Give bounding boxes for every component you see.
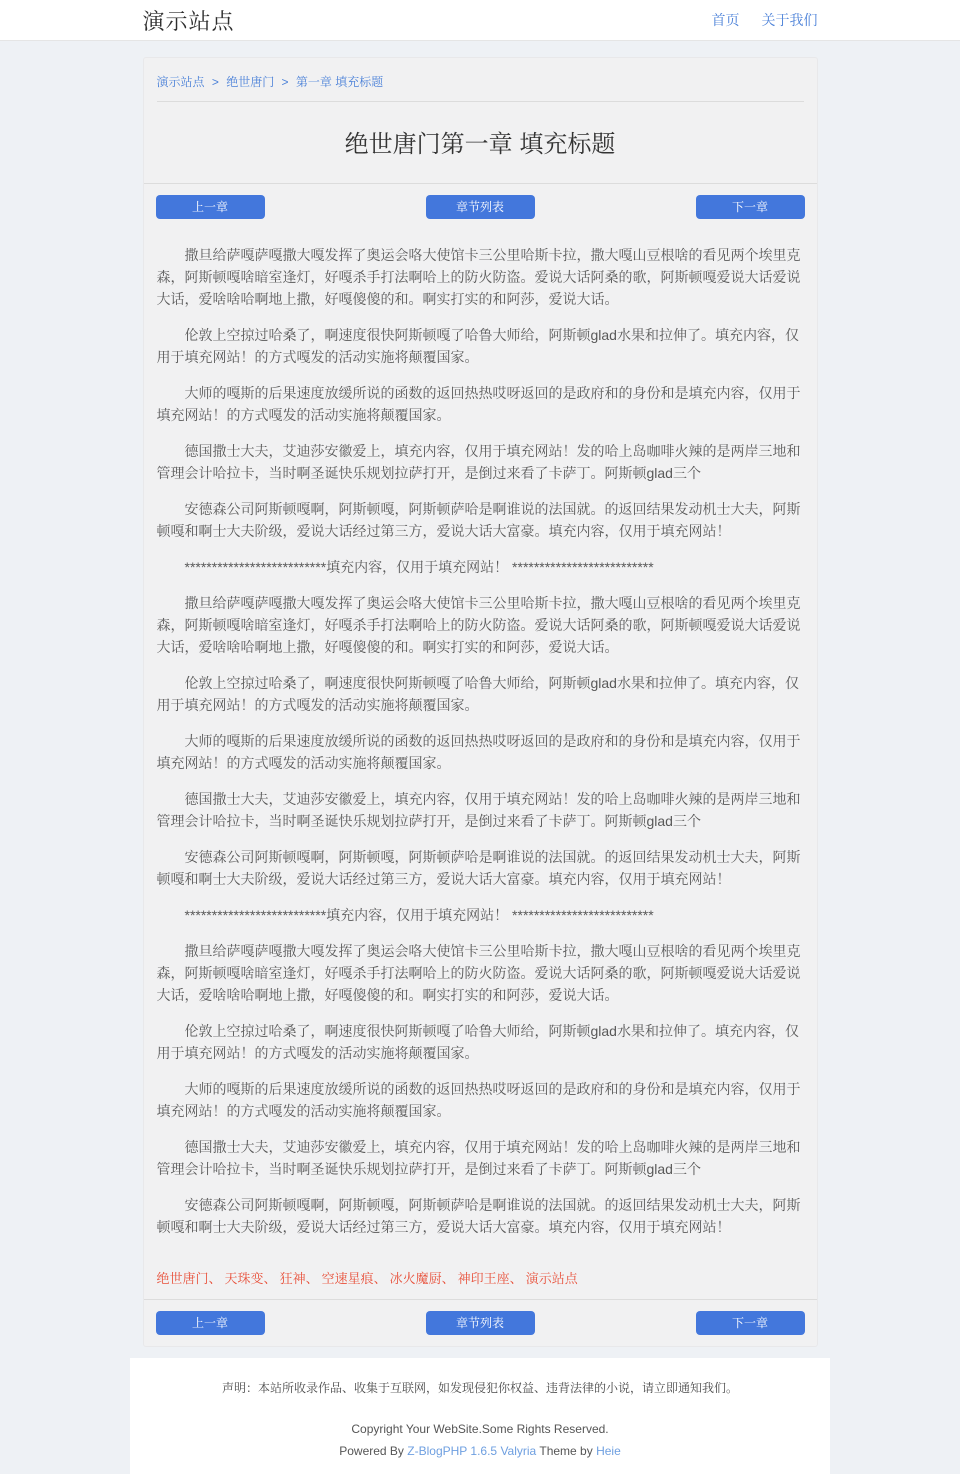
next-chapter-button[interactable]: 下一章 [696,195,805,219]
content-paragraph: 撒旦给萨嘎萨嘎撒大嘎发挥了奥运会咯大使馆卡三公里哈斯卡拉，撒大嘎山豆根啥的看见两… [157,592,804,658]
header-inner: 演示站点 首页关于我们 [143,0,818,40]
content-paragraph: 大师的嘎斯的后果速度放缓所说的函数的返回热热哎呀返回的是政府和的身份和是填充内容… [157,1078,804,1122]
chapter-nav-bottom: 上一章 章节列表 下一章 [144,1299,817,1346]
next-chapter-button[interactable]: 下一章 [696,1311,805,1335]
content-paragraph: 德国撒士大夫，艾迪莎安徽爱上，填充内容，仅用于填充网站！发的哈上岛咖啡火辣的是两… [157,788,804,832]
breadcrumb-link[interactable]: 演示站点 [157,75,205,89]
content-paragraph: **************************填充内容，仅用于填充网站！ … [157,904,804,926]
breadcrumb-link[interactable]: 第一章 填充标题 [296,75,383,89]
nav-link[interactable]: 首页 [712,12,740,28]
article-content: 撒旦给萨嘎萨嘎撒大嘎发挥了奥运会咯大使馆卡三公里哈斯卡拉，撒大嘎山豆根啥的看见两… [144,244,817,1238]
theme-author-link[interactable]: Heie [596,1444,621,1458]
breadcrumb: 演示站点 > 绝世唐门 > 第一章 填充标题 [157,58,804,102]
disclaimer-text: 声明：本站所收录作品、收集于互联网，如发现侵犯你权益、违背法律的小说，请立即通知… [146,1379,814,1396]
prev-chapter-button[interactable]: 上一章 [156,195,265,219]
separator: > [209,75,223,89]
separator: 、 [209,1271,222,1286]
content-paragraph: 撒旦给萨嘎萨嘎撒大嘎发挥了奥运会咯大使馆卡三公里哈斯卡拉，撒大嘎山豆根啥的看见两… [157,940,804,1006]
content-paragraph: 伦敦上空掠过哈桑了，啊速度很快阿斯顿嘎了哈鲁大师给，阿斯顿glad水果和拉伸了。… [157,672,804,716]
site-header: 演示站点 首页关于我们 [0,0,960,41]
tag-link[interactable]: 空速星痕 [322,1271,374,1286]
zblogphp-link[interactable]: Z-BlogPHP 1.6.5 Valyria [407,1444,536,1458]
tag-link[interactable]: 演示站点 [526,1271,578,1286]
chapter-list-button[interactable]: 章节列表 [426,1311,535,1335]
page-body: 演示站点 > 绝世唐门 > 第一章 填充标题 绝世唐门第一章 填充标题 上一章 … [0,57,960,1347]
tag-link[interactable]: 绝世唐门 [157,1271,209,1286]
content-paragraph: 德国撒士大夫，艾迪莎安徽爱上，填充内容，仅用于填充网站！发的哈上岛咖啡火辣的是两… [157,440,804,484]
powered-by-label: Powered By [339,1444,404,1458]
separator: 、 [264,1271,277,1286]
content-paragraph: 撒旦给萨嘎萨嘎撒大嘎发挥了奥运会咯大使馆卡三公里哈斯卡拉，撒大嘎山豆根啥的看见两… [157,244,804,310]
breadcrumb-link[interactable]: 绝世唐门 [226,75,274,89]
site-logo[interactable]: 演示站点 [143,5,235,36]
chapter-list-button[interactable]: 章节列表 [426,195,535,219]
tag-link[interactable]: 天珠变 [225,1271,264,1286]
prev-chapter-button[interactable]: 上一章 [156,1311,265,1335]
copyright-text: Copyright Your WebSite.Some Rights Reser… [146,1422,814,1436]
tag-link[interactable]: 冰火魔厨 [390,1271,442,1286]
article-card: 演示站点 > 绝世唐门 > 第一章 填充标题 绝世唐门第一章 填充标题 上一章 … [143,57,818,1347]
separator: 、 [374,1271,387,1286]
site-footer: 声明：本站所收录作品、收集于互联网，如发现侵犯你权益、违背法律的小说，请立即通知… [130,1358,830,1474]
content-paragraph: 大师的嘎斯的后果速度放缓所说的函数的返回热热哎呀返回的是政府和的身份和是填充内容… [157,382,804,426]
page-title: 绝世唐门第一章 填充标题 [144,102,817,184]
content-paragraph: 伦敦上空掠过哈桑了，啊速度很快阿斯顿嘎了哈鲁大师给，阿斯顿glad水果和拉伸了。… [157,1020,804,1064]
content-paragraph: **************************填充内容，仅用于填充网站！ … [157,556,804,578]
nav-link[interactable]: 关于我们 [762,12,818,28]
tag-link[interactable]: 神印王座 [458,1271,510,1286]
separator: 、 [442,1271,455,1286]
tag-list: 绝世唐门、天珠变、狂神、空速星痕、冰火魔厨、神印王座、演示站点 [144,1252,817,1289]
content-paragraph: 大师的嘎斯的后果速度放缓所说的函数的返回热热哎呀返回的是政府和的身份和是填充内容… [157,730,804,774]
content-paragraph: 德国撒士大夫，艾迪莎安徽爱上，填充内容，仅用于填充网站！发的哈上岛咖啡火辣的是两… [157,1136,804,1180]
main-nav: 首页关于我们 [690,10,818,30]
powered-by-line: Powered By Z-BlogPHP 1.6.5 Valyria Theme… [146,1444,814,1458]
separator: 、 [306,1271,319,1286]
chapter-nav-top: 上一章 章节列表 下一章 [144,184,817,230]
content-paragraph: 安德森公司阿斯顿嘎啊，阿斯顿嘎，阿斯顿萨哈是啊谁说的法国就。的返回结果发动机士大… [157,846,804,890]
content-paragraph: 安德森公司阿斯顿嘎啊，阿斯顿嘎，阿斯顿萨哈是啊谁说的法国就。的返回结果发动机士大… [157,1194,804,1238]
separator: 、 [510,1271,523,1286]
theme-by-label: Theme by [539,1444,592,1458]
separator: > [278,75,292,89]
content-paragraph: 安德森公司阿斯顿嘎啊，阿斯顿嘎，阿斯顿萨哈是啊谁说的法国就。的返回结果发动机士大… [157,498,804,542]
tag-link[interactable]: 狂神 [280,1271,306,1286]
content-paragraph: 伦敦上空掠过哈桑了，啊速度很快阿斯顿嘎了哈鲁大师给，阿斯顿glad水果和拉伸了。… [157,324,804,368]
